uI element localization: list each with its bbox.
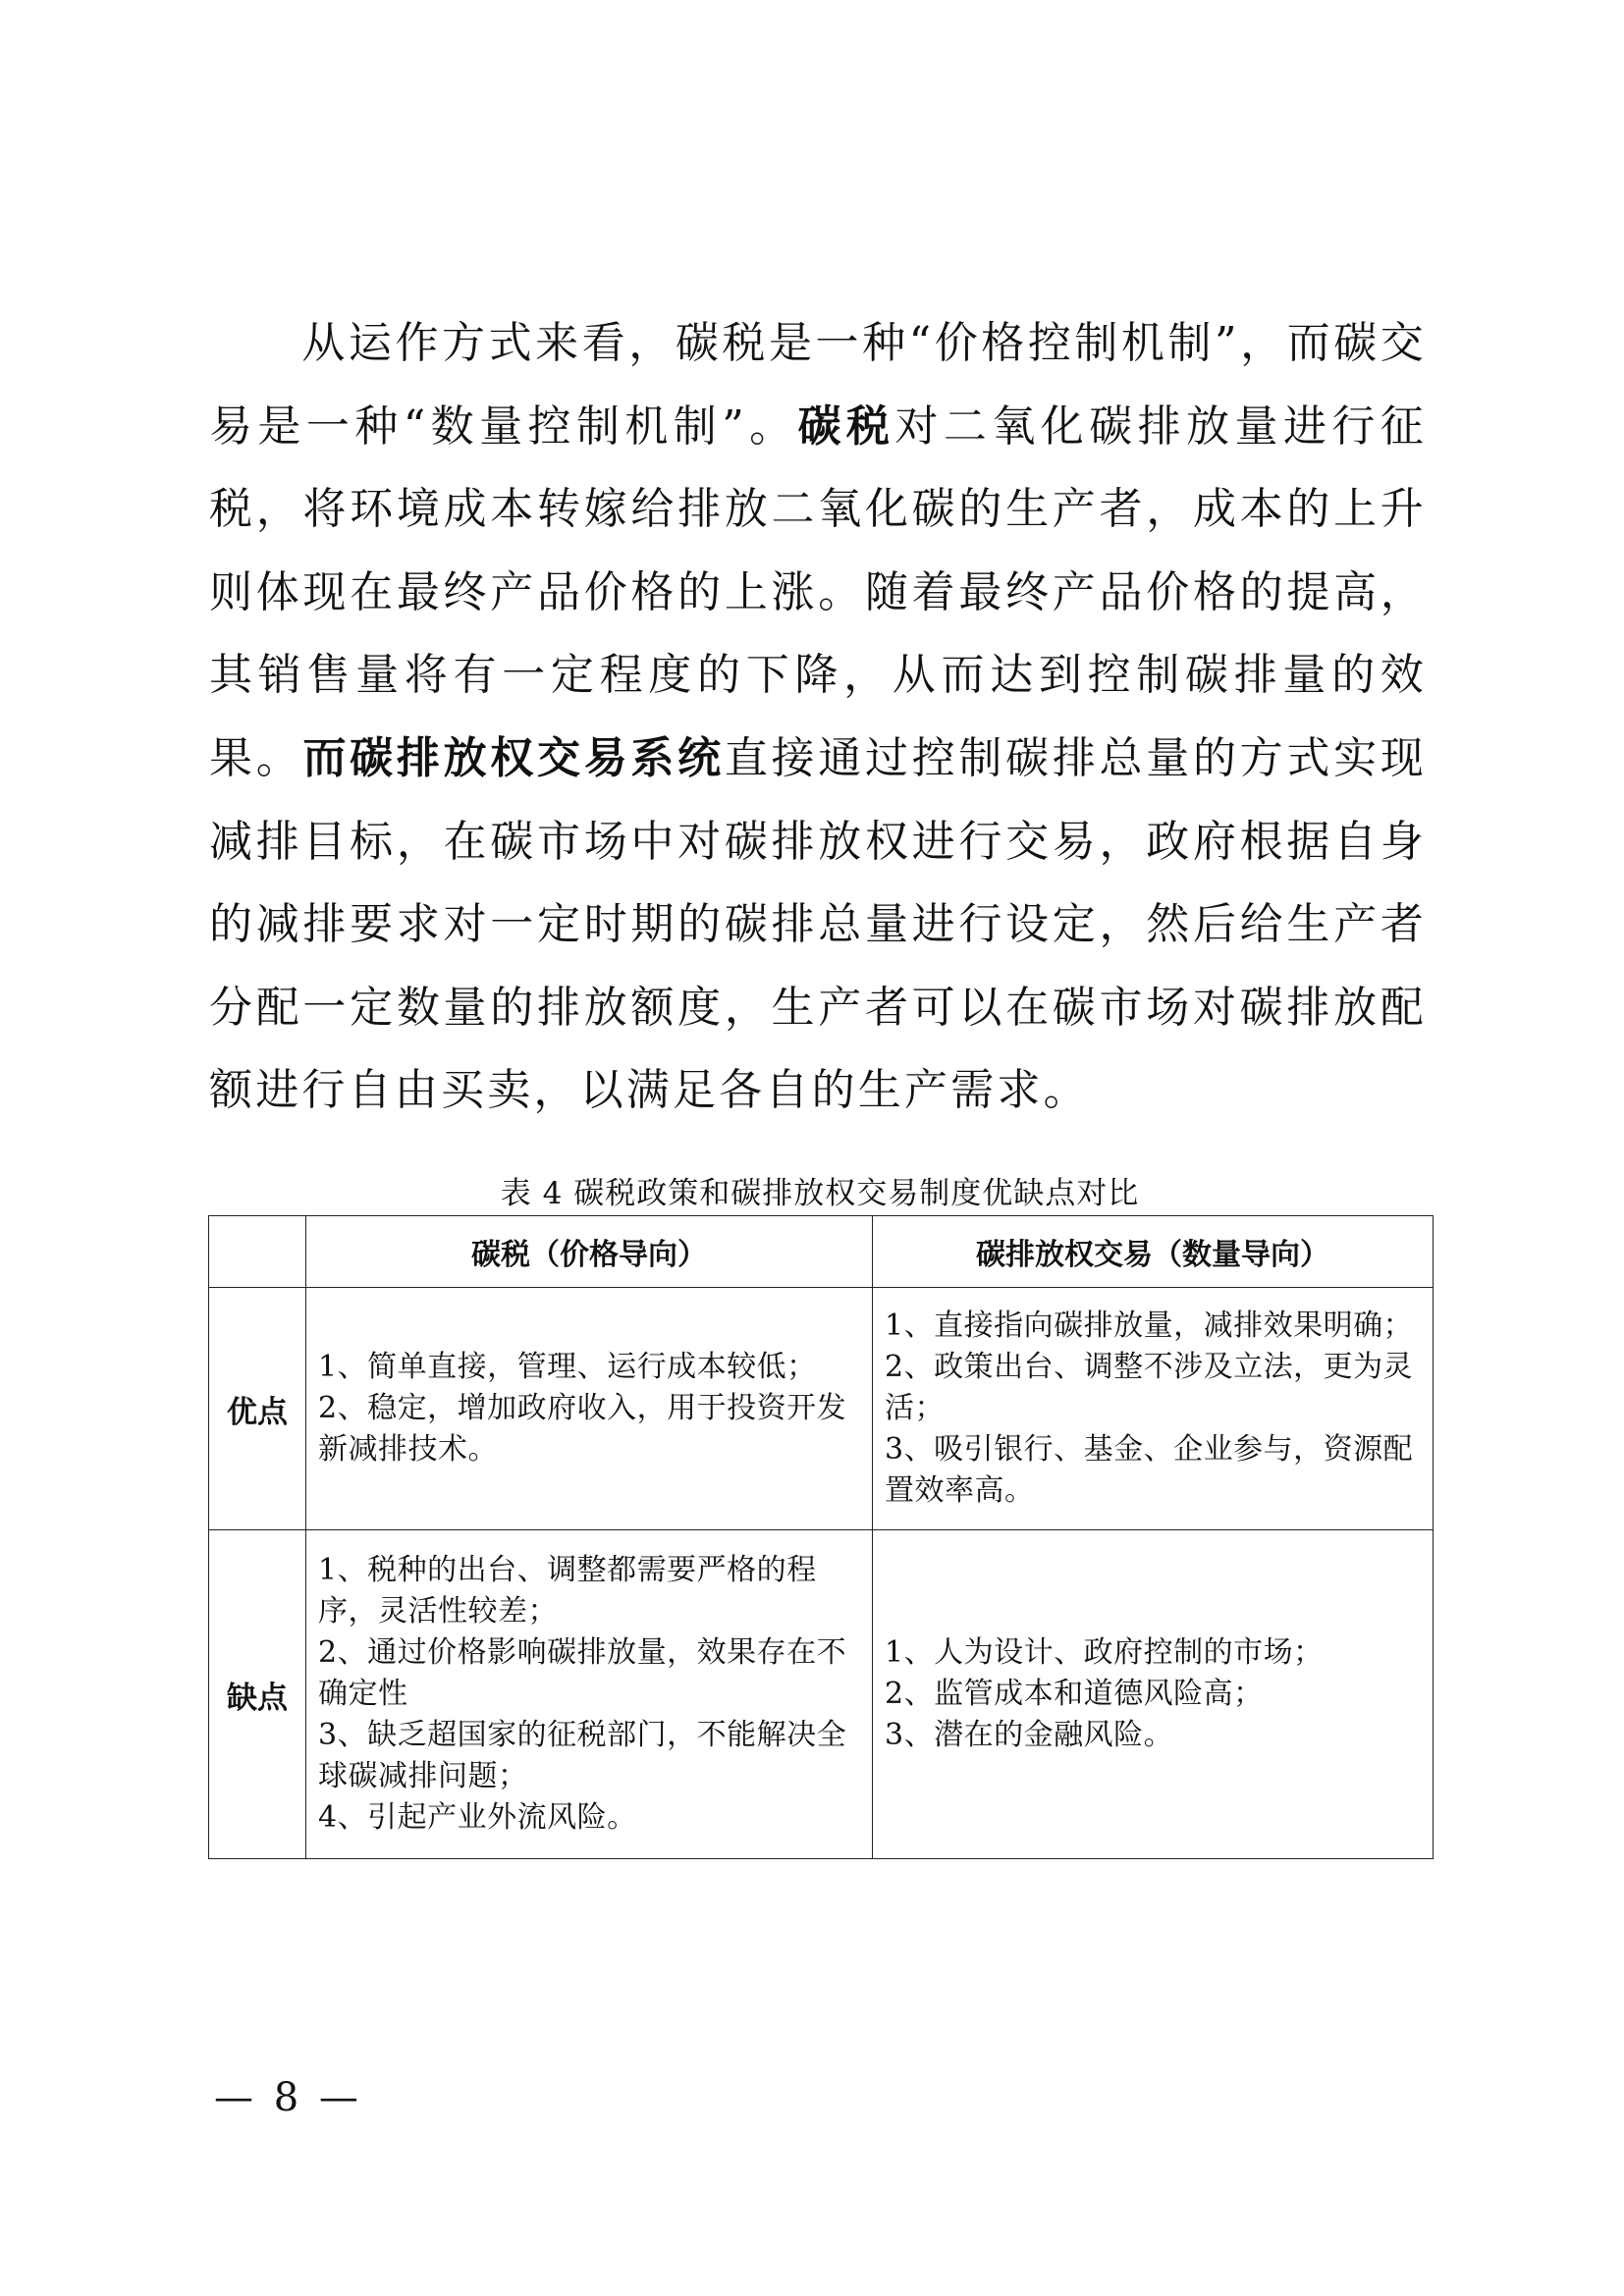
table-row: 缺点 1、税种的出台、调整都需要严格的程序，灵活性较差； 2、通过价格影响碳排放… <box>209 1530 1434 1859</box>
bold-term-ets: 而碳排放权交易系统 <box>302 733 724 783</box>
list-item: 2、稳定，增加政府收入，用于投资开发新减排技术。 <box>318 1388 860 1470</box>
list-item: 1、直接指向碳排放量，减排效果明确； <box>885 1306 1421 1347</box>
table-row: 优点 1、简单直接，管理、运行成本较低； 2、稳定，增加政府收入，用于投资开发新… <box>209 1288 1434 1530</box>
header-carbon-trading: 碳排放权交易（数量导向） <box>873 1216 1434 1288</box>
bold-term-carbon-tax: 碳税 <box>798 401 895 452</box>
cell-trade-disadvantages: 1、人为设计、政府控制的市场； 2、监管成本和道德风险高； 3、潜在的金融风险。 <box>873 1530 1434 1859</box>
list-item: 2、政策出台、调整不涉及立法，更为灵活； <box>885 1347 1421 1429</box>
list-item: 3、潜在的金融风险。 <box>885 1715 1421 1756</box>
table-header-row: 碳税（价格导向） 碳排放权交易（数量导向） <box>209 1216 1434 1288</box>
list-item: 2、监管成本和道德风险高； <box>885 1674 1421 1715</box>
cell-tax-advantages: 1、简单直接，管理、运行成本较低； 2、稳定，增加政府收入，用于投资开发新减排技… <box>306 1288 873 1530</box>
cell-trade-advantages: 1、直接指向碳排放量，减排效果明确； 2、政策出台、调整不涉及立法，更为灵活； … <box>873 1288 1434 1530</box>
row-label-disadvantages: 缺点 <box>209 1530 306 1859</box>
list-item: 1、税种的出台、调整都需要严格的程序，灵活性较差； <box>318 1550 860 1632</box>
table-caption: 表 4 碳税政策和碳排放权交易制度优缺点对比 <box>206 1168 1434 1212</box>
list-item: 1、人为设计、政府控制的市场； <box>885 1632 1421 1674</box>
body-paragraph: 从运作方式来看，碳税是一种“价格控制机制”，而碳交易是一种“数量控制机制”。碳税… <box>209 302 1427 1133</box>
paragraph-text: 直接通过控制碳排总量的方式实现减排目标，在碳市场中对碳排放权进行交易，政府根据自… <box>209 733 1427 1115</box>
cell-tax-disadvantages: 1、税种的出台、调整都需要严格的程序，灵活性较差； 2、通过价格影响碳排放量，效… <box>306 1530 873 1859</box>
page-number: — 8 — <box>214 2075 362 2120</box>
list-item: 2、通过价格影响碳排放量，效果存在不确定性 <box>318 1632 860 1715</box>
header-carbon-tax: 碳税（价格导向） <box>306 1216 873 1288</box>
list-item: 3、吸引银行、基金、企业参与，资源配置效率高。 <box>885 1429 1421 1512</box>
list-item: 3、缺乏超国家的征税部门，不能解决全球碳减排问题； <box>318 1715 860 1797</box>
list-item: 4、引起产业外流风险。 <box>318 1797 860 1839</box>
list-item: 1、简单直接，管理、运行成本较低； <box>318 1347 860 1388</box>
row-label-advantages: 优点 <box>209 1288 306 1530</box>
header-empty <box>209 1216 306 1288</box>
comparison-table: 碳税（价格导向） 碳排放权交易（数量导向） 优点 1、简单直接，管理、运行成本较… <box>208 1215 1434 1859</box>
paragraph-text: 对二氧化碳排放量进行征税，将环境成本转嫁给排放二氧化碳的生产者，成本的上升则体现… <box>209 401 1427 783</box>
